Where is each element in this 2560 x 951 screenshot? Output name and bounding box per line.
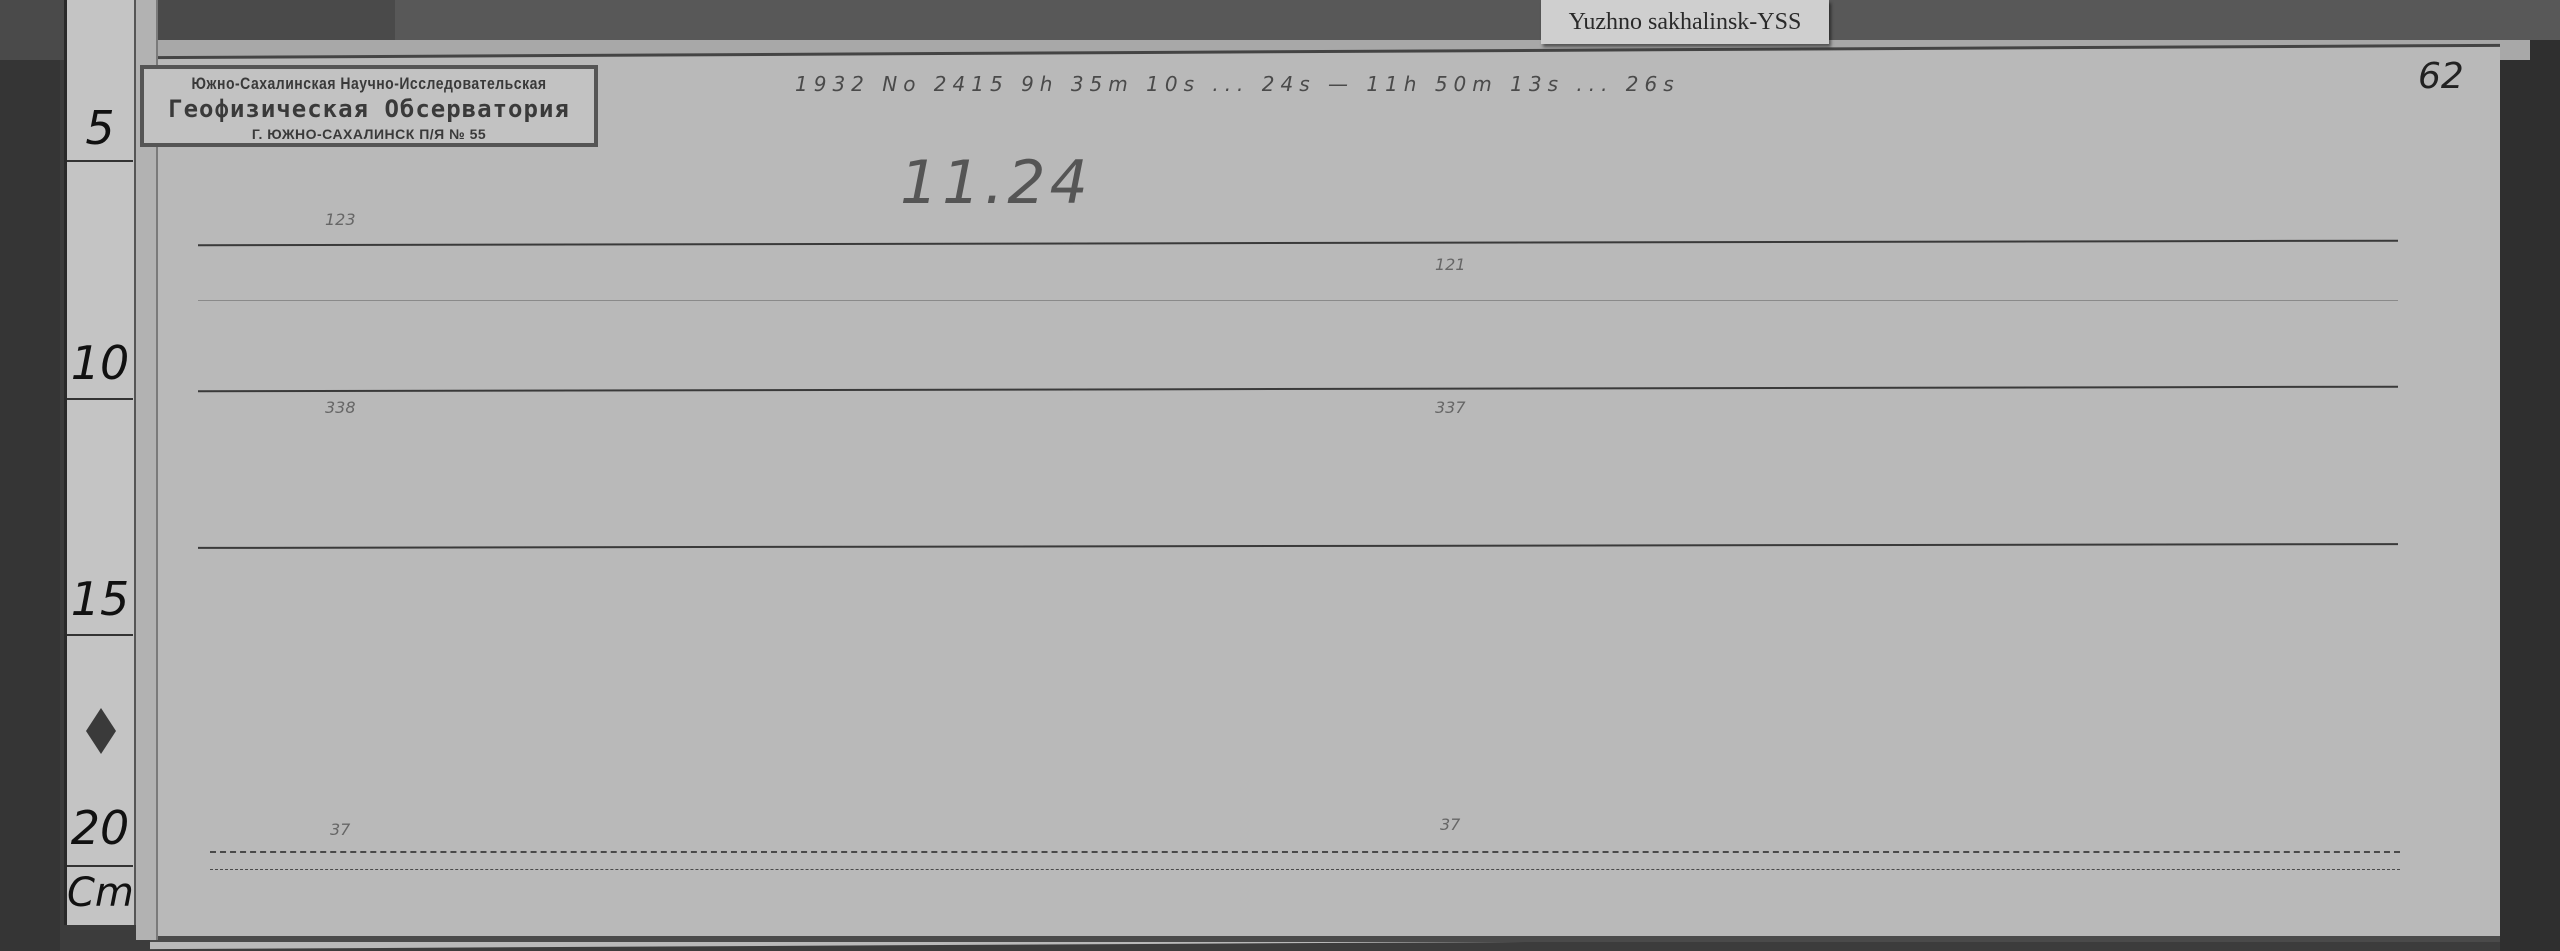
ruler-mark-10: 10 [67,340,133,400]
trace-bottom-2 [210,869,2400,870]
observatory-stamp: Южно-Сахалинская Научно-Исследовательска… [140,65,598,147]
trace-label-upper-right: 121 [1435,255,1466,274]
seismogram-paper [150,44,2500,949]
stamp-line-1: Южно-Сахалинская Научно-Исследовательска… [144,73,594,92]
background-right [2500,40,2560,951]
trace-label-bottom-left: 37 [330,820,350,839]
ruler-unit-label: Cm [67,870,133,916]
trace-label-bottom-right: 37 [1440,815,1460,834]
stamp-line-3: Г. ЮЖНО-САХАЛИНСК П/Я № 55 [144,126,594,142]
background-left [0,0,60,951]
trace-label-middle-left: 338 [325,398,356,417]
header-note: 1932 Nо 2415 9h 35m 10s ... 24s — 11h 50… [795,72,1680,96]
trace-label-upper-left: 123 [325,210,356,229]
paper-bottom-edge [150,936,2500,942]
ruler-mark-20: 20 [67,805,133,867]
ruler-mark-5: 5 [67,105,133,162]
background-top-light [395,0,2560,42]
ruler-mark-15: 15 [67,576,133,636]
date-note: 11.24 [900,148,1092,218]
stamp-line-2: Геофизическая Обсерватория [144,95,594,123]
trace-label-middle-right: 337 [1435,398,1466,417]
page-number: 62 [2418,56,2464,97]
site-label-tag: Yuzhno sakhalinsk-YSS [1541,0,1829,44]
trace-upper-baseline [198,300,2398,301]
trace-bottom-1 [210,851,2400,853]
scale-ruler: 5 10 15 20 Cm [64,0,136,925]
